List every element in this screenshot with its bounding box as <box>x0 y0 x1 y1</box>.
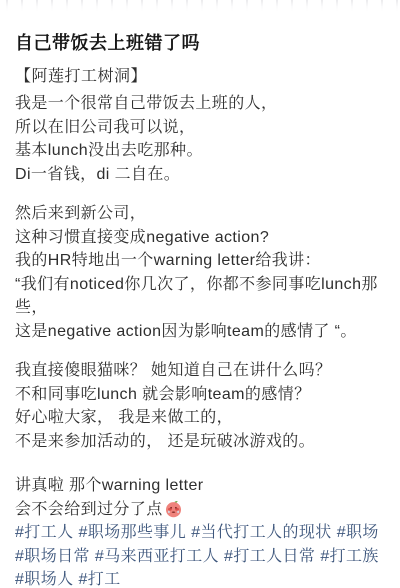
text-line: 我直接傻眼猫咪？ 她知道自己在讲什么吗？ <box>15 359 385 383</box>
text-line: 好心啦大家， 我是来做工的， <box>15 406 385 430</box>
text-line: 这是negative action因为影响team的感情了 “。 <box>15 320 385 344</box>
post-title: 自己带饭去上班错了吗 <box>15 31 385 56</box>
hashtag-link[interactable]: #马来西亚打工人 <box>95 548 219 565</box>
hashtag-link[interactable]: #职场人 <box>15 571 74 588</box>
hashtag-link[interactable]: #打工族 <box>320 548 379 565</box>
text-line: “我们有noticed你几次了，你都不参同事吃lunch那些， <box>15 273 385 320</box>
paragraph-4: 讲真啦 那个warning letter 会不会给到过分了点 #打工人#职场那些… <box>15 474 385 588</box>
text-line: 然后来到新公司， <box>15 202 385 226</box>
text-line: 不和同事吃lunch 就会影响team的感情？ <box>15 383 385 407</box>
text-line: 讲真啦 那个warning letter <box>15 474 385 498</box>
paragraph-1: 我是一个很常自己带饭去上班的人， 所以在旧公司我可以说， 基本lunch没出去吃… <box>15 92 385 186</box>
hashtag-link[interactable]: #职场那些事儿 <box>79 524 187 541</box>
hashtag-list: #打工人#职场那些事儿#当代打工人的现状#职场#职场日常#马来西亚打工人#打工人… <box>15 521 385 588</box>
text-line: 会不会给到过分了点 <box>15 501 163 518</box>
text-line-with-sticker: 会不会给到过分了点 <box>15 498 385 522</box>
hashtag-link[interactable]: #当代打工人的现状 <box>191 524 332 541</box>
post-topic-tagline: 【阿莲打工树洞】 <box>15 65 385 89</box>
hashtag-link[interactable]: #打工人日常 <box>224 548 315 565</box>
crying-red-face-sticker-icon <box>164 499 183 518</box>
hashtag-link[interactable]: #打工人 <box>15 524 74 541</box>
text-line: 所以在旧公司我可以说， <box>15 116 385 140</box>
text-line: 不是来参加活动的， 还是玩破冰游戏的。 <box>15 430 385 454</box>
torn-edge-decoration <box>0 0 400 11</box>
paragraph-3: 我直接傻眼猫咪？ 她知道自己在讲什么吗？ 不和同事吃lunch 就会影响team… <box>15 359 385 453</box>
text-line: 我是一个很常自己带饭去上班的人， <box>15 92 385 116</box>
paragraph-2: 然后来到新公司， 这种习惯直接变成negative action? 我的HR特地… <box>15 202 385 343</box>
text-line: Di一省钱，di 二自在。 <box>15 163 385 187</box>
hashtag-link[interactable]: #打工 <box>79 571 121 588</box>
text-line: 基本lunch没出去吃那种。 <box>15 139 385 163</box>
text-line: 这种习惯直接变成negative action? <box>15 226 385 250</box>
hashtag-link[interactable]: #职场日常 <box>15 548 90 565</box>
text-line: 我的HR特地出一个warning letter给我讲： <box>15 249 385 273</box>
hashtag-link[interactable]: #职场 <box>337 524 379 541</box>
note-page: 自己带饭去上班错了吗 【阿莲打工树洞】 我是一个很常自己带饭去上班的人， 所以在… <box>0 0 400 588</box>
note-content: 自己带饭去上班错了吗 【阿莲打工树洞】 我是一个很常自己带饭去上班的人， 所以在… <box>0 11 400 588</box>
